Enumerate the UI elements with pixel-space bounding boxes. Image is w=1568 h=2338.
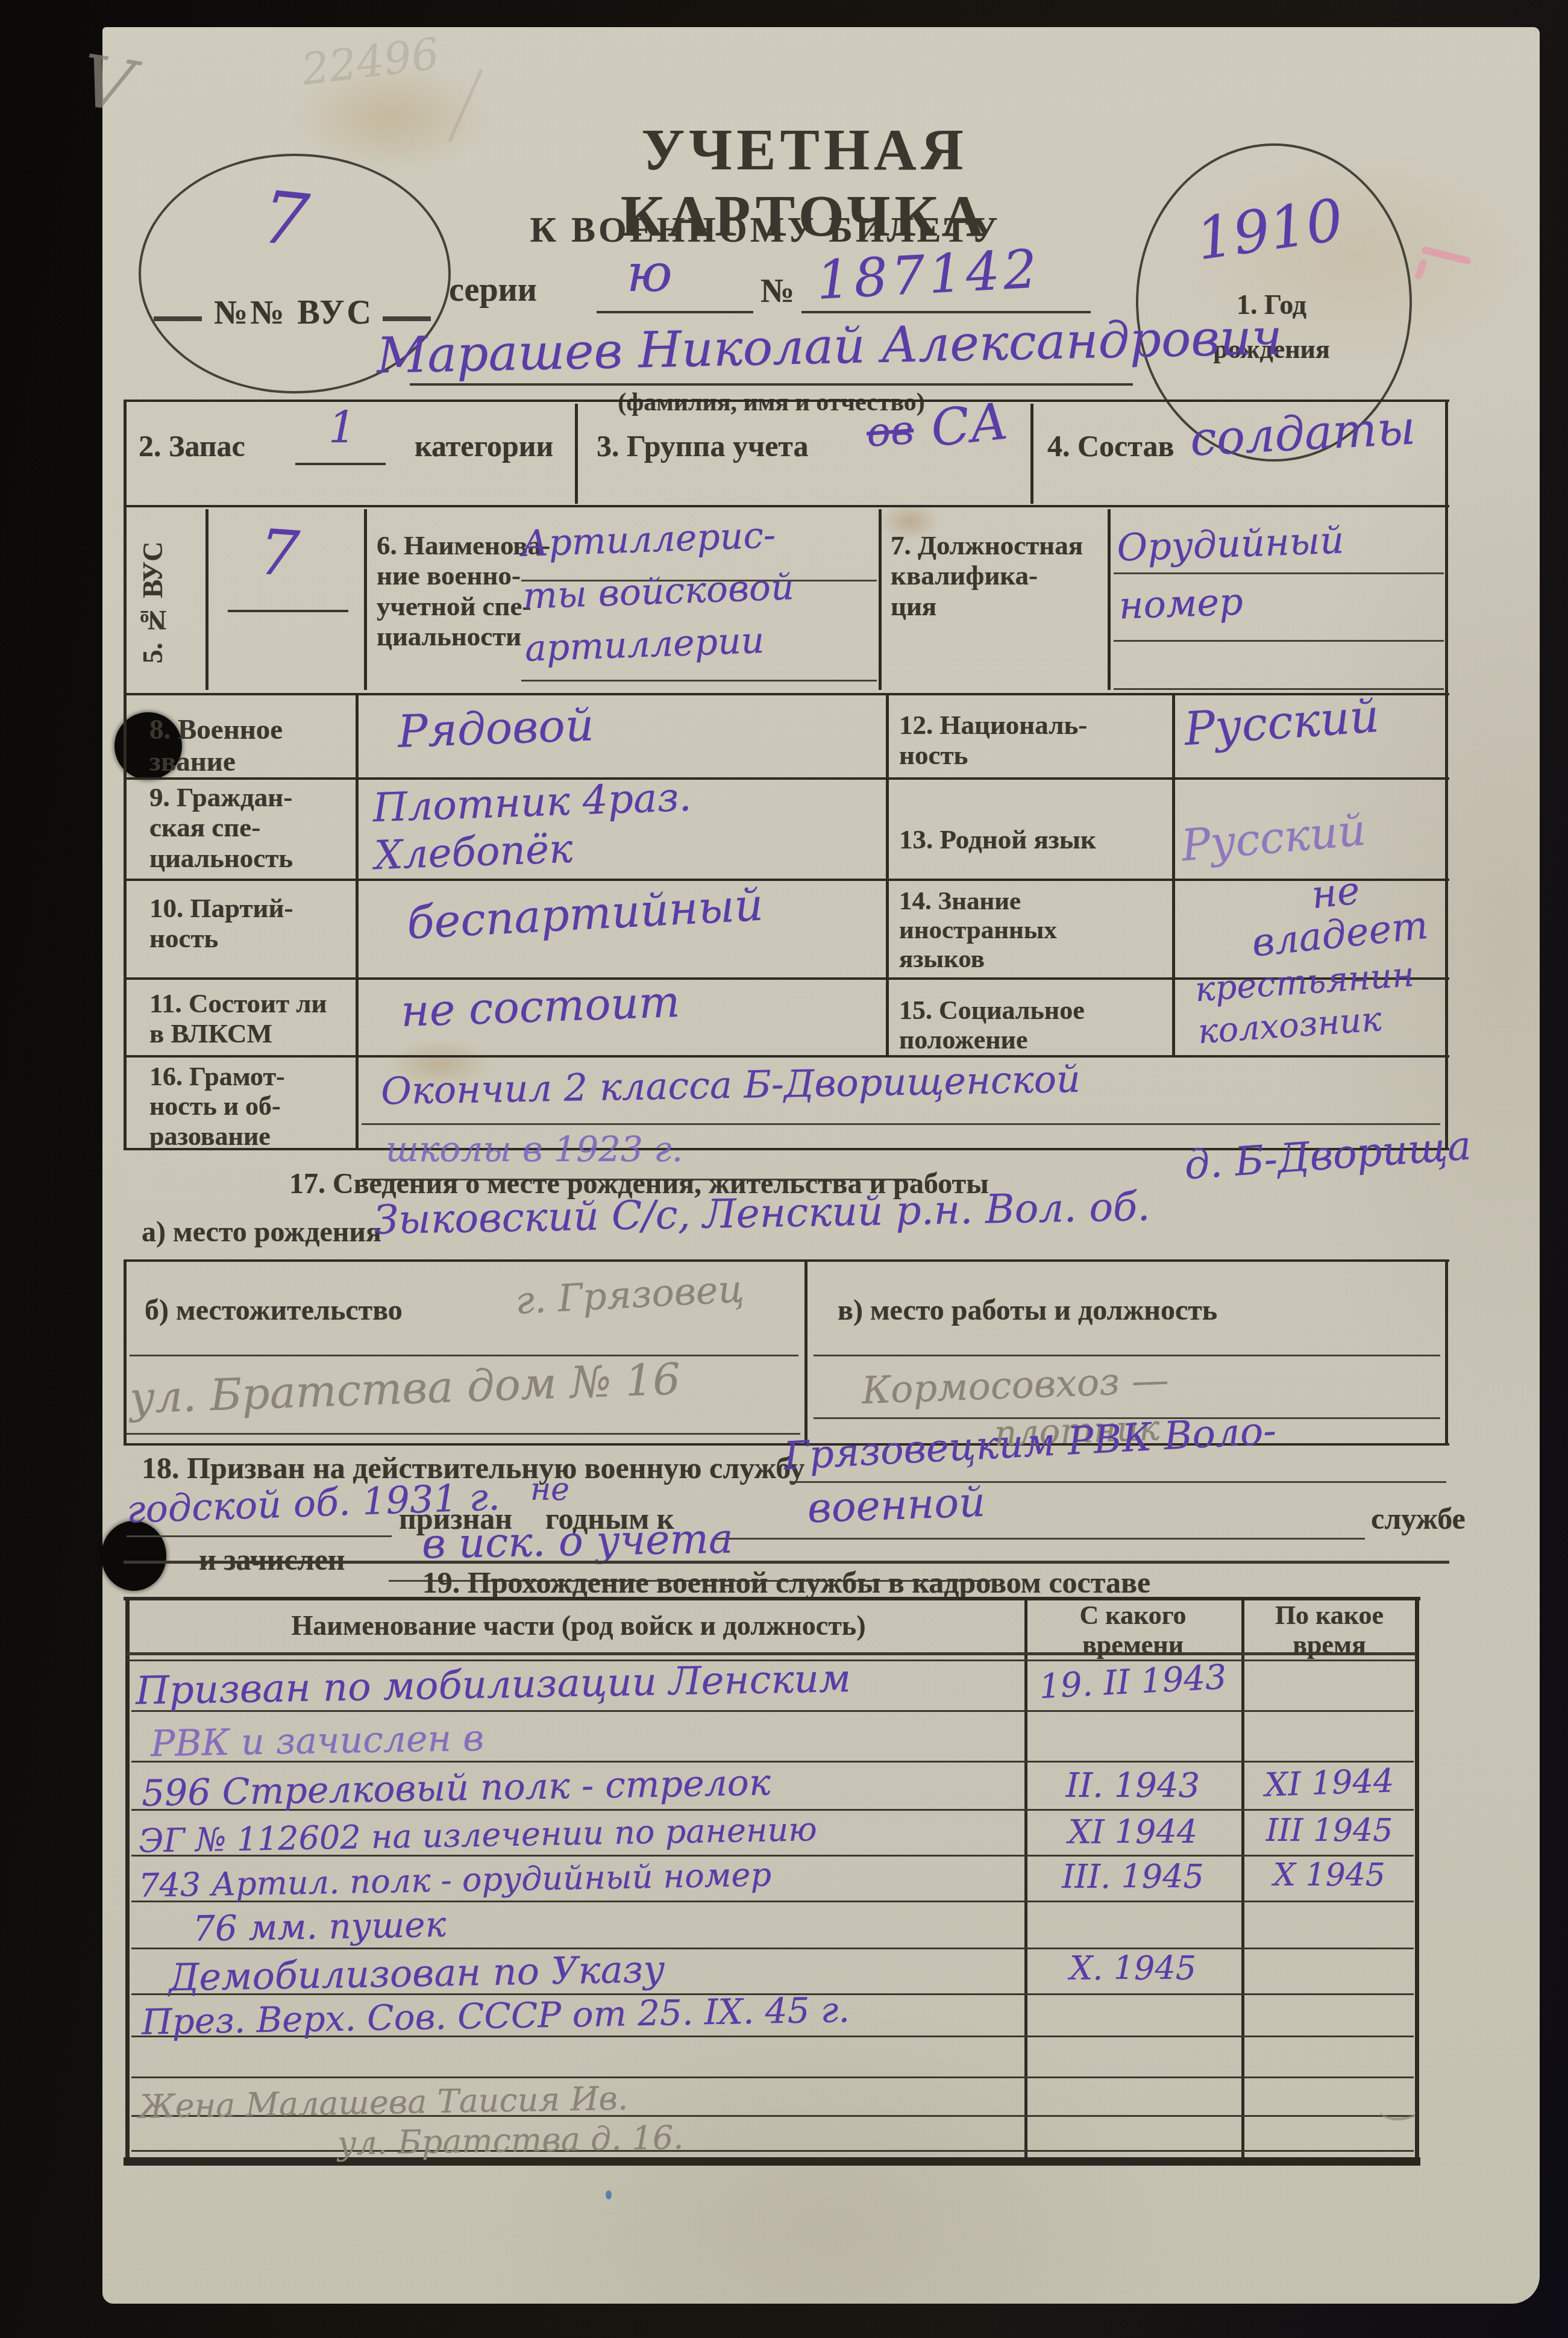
field3-label: 3. Группа учета [597, 429, 809, 463]
divider-b4 [1108, 509, 1111, 690]
section18-voennoy: военной [807, 1481, 986, 1531]
residence-rule2 [127, 1433, 800, 1435]
field10-label: 10. Партий- ность [149, 893, 293, 954]
name-underline [410, 383, 1133, 386]
vus-stamp-number: 7 [258, 178, 312, 261]
border-rowB-top [124, 505, 1449, 507]
line-1458 [124, 879, 1449, 881]
series-value: ю [627, 246, 673, 302]
row-rule-1 [131, 1710, 1414, 1712]
field11-label: 11. Состоит ли в ВЛКСМ [149, 988, 327, 1049]
number-label: № [760, 272, 794, 310]
section18-rule2 [127, 1535, 392, 1537]
table-col-divider2 [1241, 1597, 1244, 2158]
series-label: серии [449, 271, 537, 309]
vus-dash-left [154, 316, 202, 321]
block-bv-divider [804, 1259, 808, 1443]
field16-rule1 [362, 1123, 1440, 1125]
header-double-line-a [127, 1652, 1416, 1655]
field7-label: 7. Должностная квалифика- ция [891, 530, 1083, 621]
table-right [1415, 1597, 1419, 2164]
section19-title: 19. Прохождение военной службы в кадрово… [274, 1565, 1299, 1599]
line-1751 [124, 1055, 1449, 1058]
field4-label: 4. Состав [1047, 429, 1174, 463]
section18-bottom-line [124, 1561, 1449, 1564]
field8-label: 8. Военное звание [149, 714, 283, 777]
field12-label: 12. Националь- ность [899, 710, 1087, 771]
block-bv-left [124, 1259, 127, 1443]
number-value: 187142 [815, 240, 1042, 309]
residence-rule1 [130, 1355, 798, 1356]
field16-value2: школы в 1923 г. [386, 1130, 683, 1168]
field6-rule2 [521, 680, 877, 682]
divider-a2 [1030, 404, 1033, 504]
block-bv-right [1445, 1259, 1448, 1443]
divider-right-col [1172, 693, 1175, 1055]
vus-dash-right [383, 316, 431, 321]
vus-stamp-caption: №№ ВУС [214, 294, 374, 332]
line-1150 [124, 693, 1449, 695]
table-left [125, 1597, 130, 2164]
divider-b1 [205, 509, 209, 690]
service-date-from: II. 1943 [1030, 1768, 1235, 1804]
table-header-col3: По какое время [1246, 1600, 1413, 1660]
line-1290 [124, 777, 1449, 780]
field3-crossed: ов [865, 408, 915, 454]
table-bottom-border [124, 2157, 1420, 2166]
service-date-to: X 1945 [1246, 1858, 1413, 1892]
field7-rule3 [1114, 688, 1444, 690]
blue-dot [606, 2190, 612, 2199]
field6-value: Артиллерис- ты войсковой артиллерии [521, 509, 797, 675]
field4-value: солдаты [1189, 403, 1417, 465]
block-bv-top [124, 1259, 1449, 1262]
field14-label: 14. Знание иностранных языков [899, 887, 1057, 974]
field2-label: 2. Запас [139, 429, 245, 463]
service-date-to: XI 1944 [1246, 1763, 1413, 1804]
divider-b3 [879, 509, 882, 690]
field9-label: 9. Граждан- ская спе- циальность [149, 782, 293, 873]
pencil-squiggle [1380, 2102, 1416, 2120]
section18-sluzhbe: службе [1371, 1502, 1466, 1535]
field5-label: 5. № ВУС [137, 524, 169, 681]
table-header-col1: Наименование части (род войск и должност… [169, 1610, 988, 1641]
field9-value: Плотник 4раз. Хлебопёк [372, 773, 694, 880]
place-of-birth-label: а) место рождения [142, 1216, 381, 1249]
divider-a1 [575, 404, 578, 504]
field13-label: 13. Родной язык [899, 824, 1096, 854]
residence-label: б) местожительство [145, 1294, 403, 1327]
field3-value: СА [929, 394, 1011, 457]
field7-value: Орудийный номер [1116, 511, 1347, 635]
divider-b2 [364, 509, 367, 690]
border-rowA-top [124, 400, 1449, 402]
service-date-to: III 1945 [1246, 1814, 1413, 1848]
service-date-from: III. 1945 [1030, 1860, 1235, 1895]
field2-suffix: категории [415, 429, 553, 463]
divider-label-col [356, 693, 359, 1148]
field8-value: Рядовой [397, 701, 595, 756]
table-header-col2: С какого времени [1032, 1600, 1234, 1660]
service-date-from: XI 1944 [1030, 1815, 1235, 1850]
field11-value: не состоит [400, 979, 681, 1035]
field2-value: 1 [328, 405, 356, 452]
series-underline [597, 311, 753, 313]
field2-underline [295, 463, 386, 465]
field5-value: 7 [257, 518, 301, 589]
table-col-divider1 [1024, 1597, 1027, 2158]
border-left [124, 400, 127, 1148]
field15-label: 15. Социальное положение [899, 995, 1085, 1055]
workplace-rule1 [814, 1355, 1440, 1356]
field16-label: 16. Грамот- ность и об- разование [149, 1062, 285, 1151]
field7-rule2 [1114, 640, 1444, 642]
service-date-from: X. 1945 [1030, 1951, 1235, 1986]
divider-mid-col [886, 693, 889, 1055]
scanned-military-card: V 22496 7 №№ ВУС 1910 1. Год рождения УЧ… [0, 0, 1568, 2338]
field5-underline [228, 610, 348, 612]
workplace-label: в) место работы и должность [838, 1294, 1217, 1327]
section18-rule3 [714, 1538, 1365, 1540]
name-caption: (фамилия, имя и отчество) [560, 389, 982, 417]
